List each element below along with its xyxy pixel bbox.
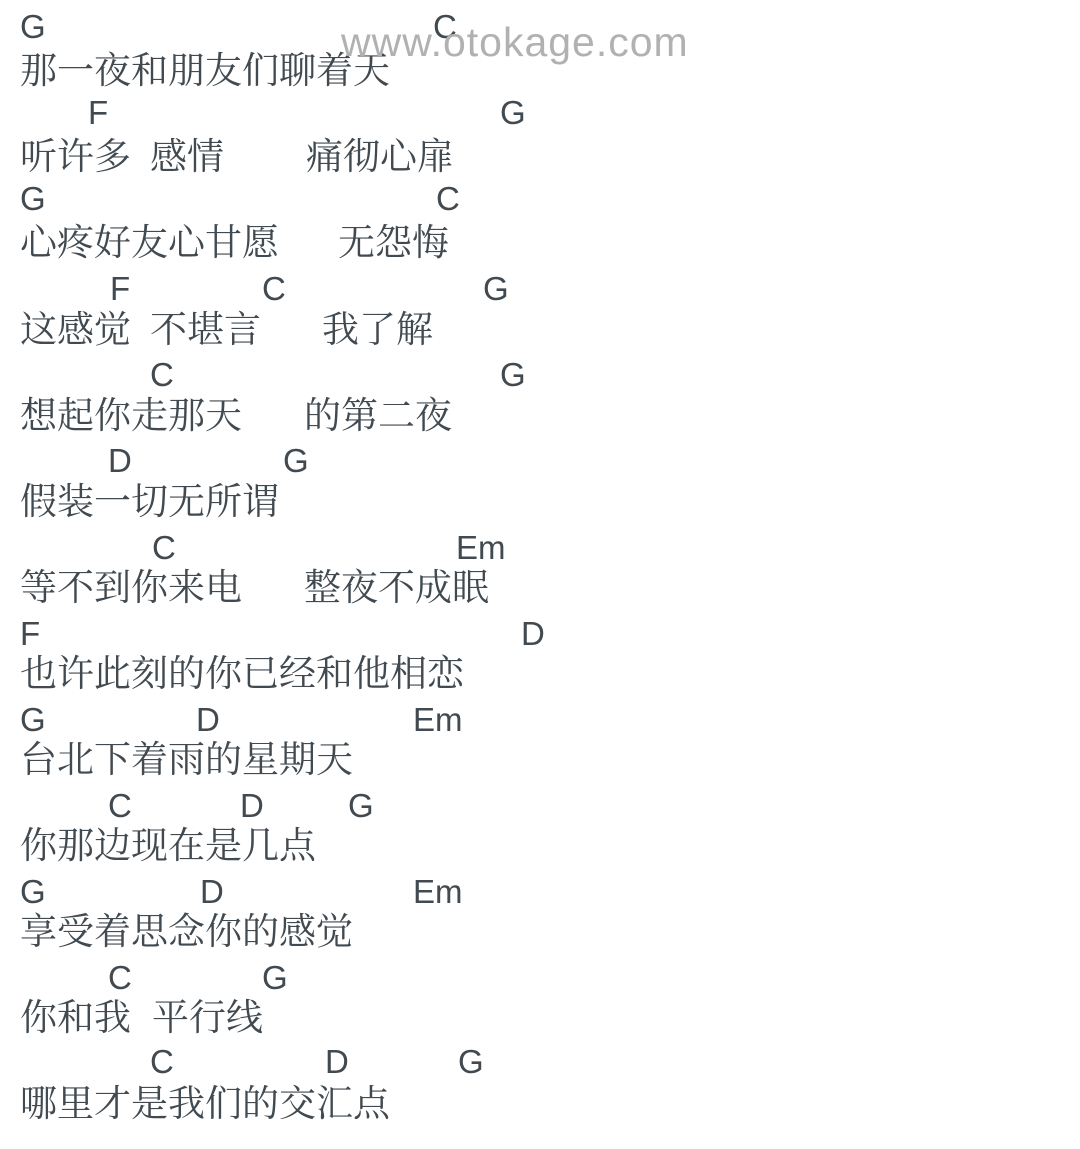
chord-label: G bbox=[483, 272, 509, 305]
chord-label: C bbox=[436, 182, 460, 215]
chord-label: C bbox=[108, 789, 132, 822]
chord-label: G bbox=[458, 1045, 484, 1078]
lyric-segment: 你和我 bbox=[20, 999, 131, 1036]
chord-label: G bbox=[20, 875, 46, 908]
watermark-text: www.otokage.com bbox=[341, 22, 689, 63]
chord-label: C bbox=[150, 1045, 174, 1078]
chord-label: F bbox=[110, 272, 130, 305]
lyric-segment: 这感觉 bbox=[20, 311, 131, 348]
chord-label: D bbox=[196, 703, 220, 736]
lyric-segment: 你那边现在是几点 bbox=[20, 827, 316, 864]
chord-label: G bbox=[500, 358, 526, 391]
chord-label: G bbox=[20, 182, 46, 215]
chord-label: C bbox=[150, 358, 174, 391]
lyric-segment: 台北下着雨的星期天 bbox=[20, 741, 353, 778]
chord-label: G bbox=[20, 10, 46, 43]
lyric-segment: 想起你走那天 bbox=[20, 397, 242, 434]
chord-label: F bbox=[88, 96, 108, 129]
chord-label: Em bbox=[413, 703, 463, 736]
chord-label: D bbox=[240, 789, 264, 822]
chord-label: D bbox=[200, 875, 224, 908]
chord-label: F bbox=[20, 617, 40, 650]
lyric-segment: 假装一切无所谓 bbox=[20, 483, 279, 520]
lyric-segment: 我了解 bbox=[322, 311, 433, 348]
lyric-segment: 平行线 bbox=[152, 999, 263, 1036]
chord-label: C bbox=[108, 961, 132, 994]
lyric-segment: 那一夜和朋友们聊着天 bbox=[20, 52, 390, 89]
chord-sheet: www.otokage.com GC那一夜和朋友们聊着天FG听许多感情痛彻心扉G… bbox=[0, 0, 1080, 1149]
lyric-segment: 感情 bbox=[150, 138, 224, 175]
chord-label: C bbox=[152, 531, 176, 564]
chord-label: Em bbox=[413, 875, 463, 908]
chord-label: D bbox=[325, 1045, 349, 1078]
chord-label: Em bbox=[456, 531, 506, 564]
lyric-segment: 也许此刻的你已经和他相恋 bbox=[20, 655, 464, 692]
lyric-segment: 整夜不成眠 bbox=[304, 569, 489, 606]
chord-label: D bbox=[108, 444, 132, 477]
lyric-segment: 享受着思念你的感觉 bbox=[20, 913, 353, 950]
lyric-segment: 心疼好友心甘愿 bbox=[20, 224, 279, 261]
chord-label: G bbox=[20, 703, 46, 736]
lyric-segment: 听许多 bbox=[20, 138, 131, 175]
chord-label: D bbox=[521, 617, 545, 650]
lyric-segment: 哪里才是我们的交汇点 bbox=[20, 1085, 390, 1122]
lyric-segment: 的第二夜 bbox=[304, 397, 452, 434]
chord-label: C bbox=[262, 272, 286, 305]
chord-label: G bbox=[262, 961, 288, 994]
chord-label: G bbox=[500, 96, 526, 129]
lyric-segment: 不堪言 bbox=[150, 311, 261, 348]
lyric-segment: 痛彻心扉 bbox=[306, 138, 454, 175]
lyric-segment: 无怨悔 bbox=[338, 224, 449, 261]
lyric-segment: 等不到你来电 bbox=[20, 569, 242, 606]
chord-label: G bbox=[283, 444, 309, 477]
chord-label: G bbox=[348, 789, 374, 822]
